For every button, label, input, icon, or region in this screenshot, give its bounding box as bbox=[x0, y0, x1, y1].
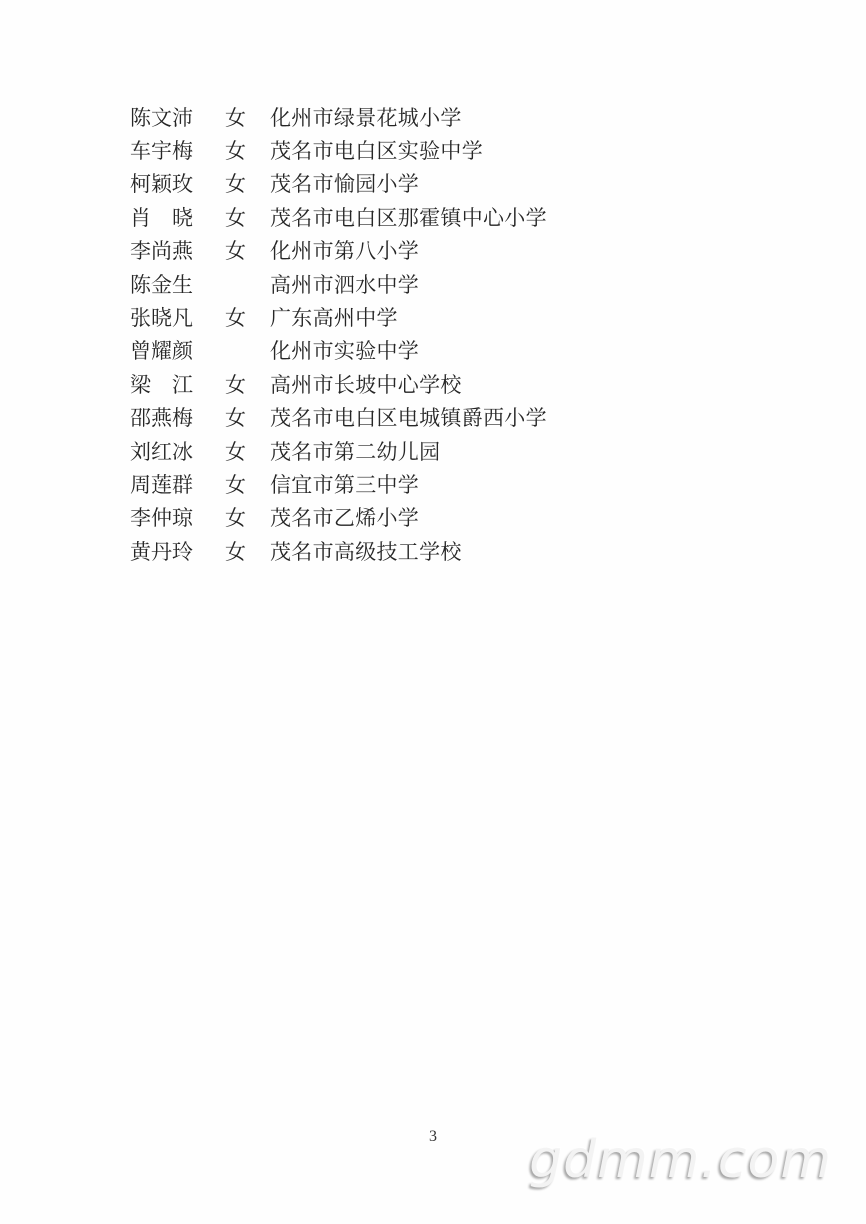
gender-cell: 女 bbox=[225, 135, 247, 165]
name-cell: 肖 晓 bbox=[130, 202, 195, 232]
name-cell: 邵燕梅 bbox=[130, 402, 195, 432]
school-cell: 茂名市愉园小学 bbox=[270, 168, 419, 198]
gender-cell: 女 bbox=[225, 502, 247, 532]
gender-cell: 女 bbox=[225, 235, 247, 265]
school-cell: 茂名市第二幼儿园 bbox=[270, 436, 440, 466]
school-cell: 高州市泗水中学 bbox=[270, 269, 419, 299]
school-cell: 信宜市第三中学 bbox=[270, 469, 419, 499]
gender-cell: 女 bbox=[225, 302, 247, 332]
table-row: 李仲琼 女 茂名市乙烯小学 bbox=[130, 501, 547, 534]
watermark: gdmm.com bbox=[529, 1130, 832, 1190]
school-cell: 化州市第八小学 bbox=[270, 235, 419, 265]
document-page: 陈文沛 女 化州市绿景花城小学 车宇梅 女 茂名市电白区实验中学 柯颖玫 女 茂… bbox=[0, 0, 866, 1224]
table-row: 黄丹玲 女 茂名市高级技工学校 bbox=[130, 534, 547, 567]
school-cell: 茂名市电白区电城镇爵西小学 bbox=[270, 402, 547, 432]
school-cell: 化州市绿景花城小学 bbox=[270, 102, 462, 132]
name-cell: 黄丹玲 bbox=[130, 536, 195, 566]
table-row: 陈文沛 女 化州市绿景花城小学 bbox=[130, 100, 547, 133]
name-cell: 李仲琼 bbox=[130, 502, 195, 532]
table-row: 陈金生 高州市泗水中学 bbox=[130, 267, 547, 300]
table-row: 柯颖玫 女 茂名市愉园小学 bbox=[130, 167, 547, 200]
name-cell: 梁 江 bbox=[130, 369, 195, 399]
gender-cell: 女 bbox=[225, 469, 247, 499]
table-row: 梁 江 女 高州市长坡中心学校 bbox=[130, 367, 547, 400]
table-row: 肖 晓 女 茂名市电白区那霍镇中心小学 bbox=[130, 200, 547, 233]
name-cell: 李尚燕 bbox=[130, 235, 195, 265]
gender-cell: 女 bbox=[225, 369, 247, 399]
name-cell: 陈金生 bbox=[130, 269, 195, 299]
school-cell: 茂名市电白区实验中学 bbox=[270, 135, 483, 165]
gender-cell: 女 bbox=[225, 436, 247, 466]
gender-cell: 女 bbox=[225, 168, 247, 198]
roster-list: 陈文沛 女 化州市绿景花城小学 车宇梅 女 茂名市电白区实验中学 柯颖玫 女 茂… bbox=[130, 100, 547, 567]
table-row: 车宇梅 女 茂名市电白区实验中学 bbox=[130, 133, 547, 166]
name-cell: 曾耀颜 bbox=[130, 335, 195, 365]
name-cell: 周莲群 bbox=[130, 469, 195, 499]
table-row: 曾耀颜 化州市实验中学 bbox=[130, 334, 547, 367]
school-cell: 化州市实验中学 bbox=[270, 335, 419, 365]
table-row: 刘红冰 女 茂名市第二幼儿园 bbox=[130, 434, 547, 467]
school-cell: 茂名市电白区那霍镇中心小学 bbox=[270, 202, 547, 232]
table-row: 周莲群 女 信宜市第三中学 bbox=[130, 467, 547, 500]
gender-cell: 女 bbox=[225, 102, 247, 132]
name-cell: 陈文沛 bbox=[130, 102, 195, 132]
school-cell: 茂名市乙烯小学 bbox=[270, 502, 419, 532]
gender-cell: 女 bbox=[225, 402, 247, 432]
table-row: 张晓凡 女 广东高州中学 bbox=[130, 300, 547, 333]
gender-cell: 女 bbox=[225, 536, 247, 566]
table-row: 邵燕梅 女 茂名市电白区电城镇爵西小学 bbox=[130, 401, 547, 434]
school-cell: 广东高州中学 bbox=[270, 302, 398, 332]
name-cell: 车宇梅 bbox=[130, 135, 195, 165]
school-cell: 茂名市高级技工学校 bbox=[270, 536, 462, 566]
name-cell: 刘红冰 bbox=[130, 436, 195, 466]
table-row: 李尚燕 女 化州市第八小学 bbox=[130, 234, 547, 267]
school-cell: 高州市长坡中心学校 bbox=[270, 369, 462, 399]
name-cell: 张晓凡 bbox=[130, 302, 195, 332]
name-cell: 柯颖玫 bbox=[130, 168, 195, 198]
gender-cell: 女 bbox=[225, 202, 247, 232]
